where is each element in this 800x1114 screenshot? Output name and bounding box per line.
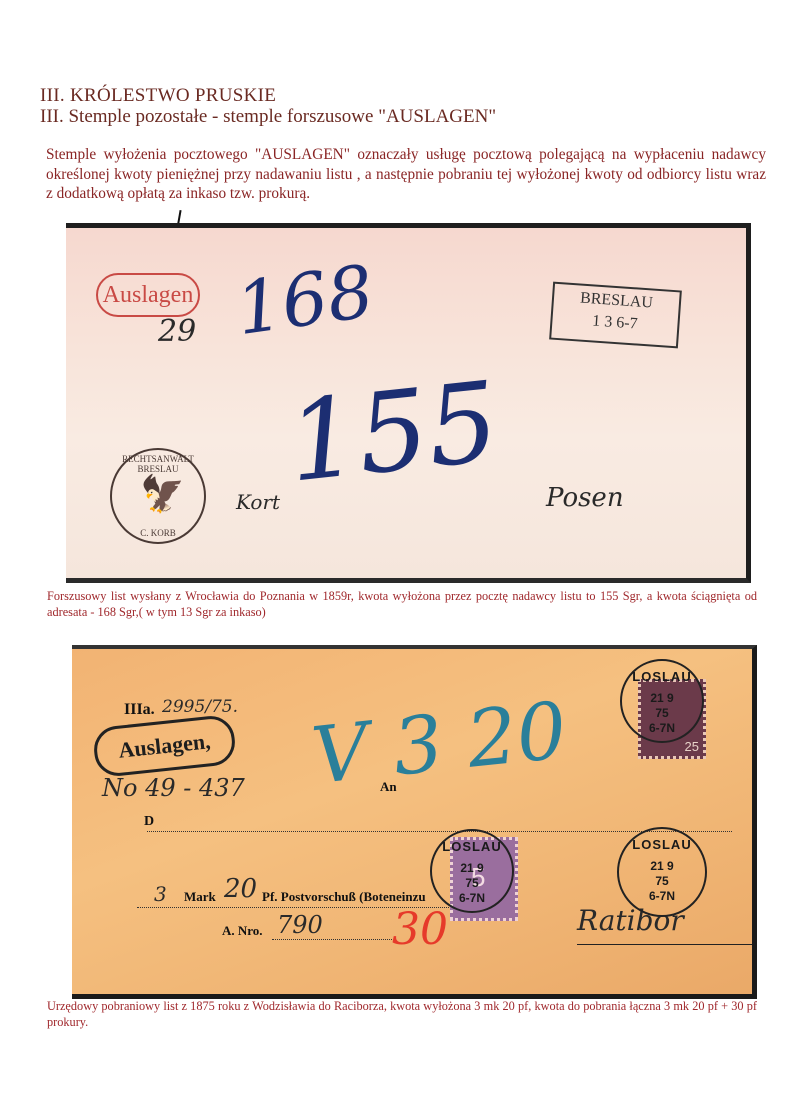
auslagen-stamp-red: Auslagen bbox=[96, 273, 200, 317]
cover-1859-breslau: Auslagen BRESLAU 1 3 6-7 29 168 155 Pose… bbox=[66, 223, 751, 583]
nro-label: A. Nro. bbox=[222, 923, 263, 939]
nro-line bbox=[272, 939, 392, 940]
red-amount: 30 bbox=[392, 904, 448, 955]
intro-paragraph: Stemple wyłożenia pocztowego "AUSLAGEN" … bbox=[46, 145, 766, 204]
loslau-postmark: LOSLAU 21 9 75 6-7N bbox=[430, 829, 514, 913]
pf-value: 20 bbox=[224, 874, 257, 904]
pf-label: Pf. Postvorschuß (Boteneinzu bbox=[262, 889, 426, 905]
form-code: IIIa. bbox=[124, 701, 155, 719]
caption-cover-2: Urzędowy pobraniowy list z 1875 roku z W… bbox=[47, 999, 757, 1030]
auslagen-stamp-black: Auslagen, bbox=[92, 714, 237, 778]
an-label: An bbox=[380, 779, 397, 795]
handwriting-left: Kort bbox=[236, 490, 280, 514]
cover-1875-loslau: IIIa. 2995/75. Auslagen, No 49 - 437 V 3… bbox=[72, 645, 757, 999]
handwriting-city: Posen bbox=[546, 483, 624, 513]
mark-label: Mark bbox=[184, 889, 216, 905]
page-title: III. KRÓLESTWO PRUSKIE bbox=[40, 85, 276, 107]
blue-amount: V 3 20 bbox=[308, 686, 571, 802]
loslau-postmark: LOSLAU 21 9 75 6-7N bbox=[617, 827, 707, 917]
d-prefix: D bbox=[144, 814, 154, 830]
lawyer-seal: RECHTSANWALT BRESLAU 🦅 C. KORB bbox=[110, 448, 206, 544]
no-line: No 49 - 437 bbox=[102, 774, 245, 802]
eagle-icon: 🦅 bbox=[140, 474, 185, 514]
loslau-postmark: LOSLAU 21 9 75 6-7N bbox=[620, 659, 704, 743]
addressee-line bbox=[226, 323, 646, 326]
page-subtitle: III. Stemple pozostałe - stemple forszus… bbox=[40, 106, 496, 128]
numeral-155: 155 bbox=[282, 357, 504, 506]
numeral-29: 29 bbox=[158, 314, 196, 349]
caption-cover-1: Forszusowy list wysłany z Wrocławia do P… bbox=[47, 589, 757, 620]
numeral-168: 168 bbox=[231, 249, 379, 351]
reference-number: 2995/75. bbox=[162, 697, 238, 717]
nro-value: 790 bbox=[277, 911, 323, 939]
city-underline bbox=[577, 944, 757, 945]
mark-value: 3 bbox=[154, 882, 167, 906]
breslau-postmark: BRESLAU 1 3 6-7 bbox=[549, 282, 682, 349]
